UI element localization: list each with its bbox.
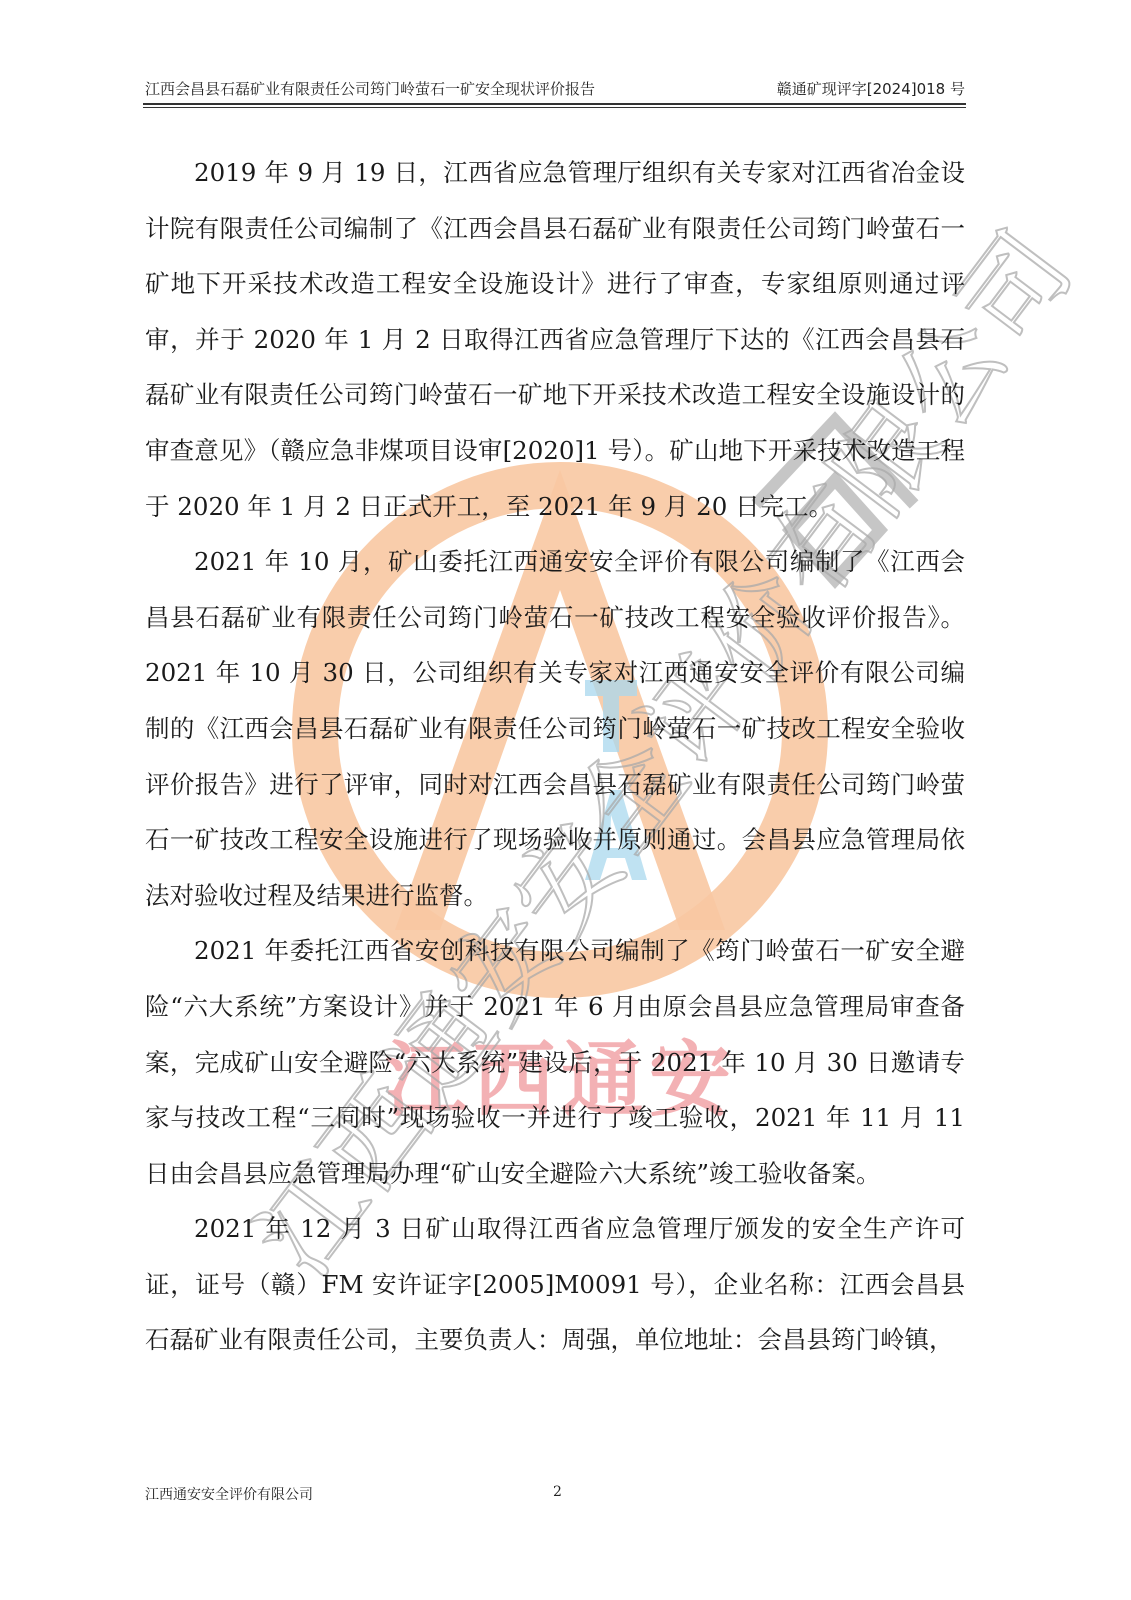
document-page: 江西会昌县石磊矿业有限责任公司筠门岭萤石一矿安全现状评价报告 赣通矿现评字[20…	[0, 0, 1131, 1600]
page-number: 2	[553, 1484, 562, 1500]
paragraph: 2021 年委托江西省安创科技有限公司编制了《筠门岭萤石一矿安全避险“六大系统”…	[145, 923, 965, 1201]
footer-company: 江西通安安全评价有限公司	[145, 1484, 313, 1504]
paragraph: 2019 年 9 月 19 日，江西省应急管理厅组织有关专家对江西省冶金设计院有…	[145, 145, 965, 534]
document-body: 2019 年 9 月 19 日，江西省应急管理厅组织有关专家对江西省冶金设计院有…	[145, 145, 965, 1368]
page-header: 江西会昌县石磊矿业有限责任公司筠门岭萤石一矿安全现状评价报告 赣通矿现评字[20…	[145, 78, 965, 104]
paragraph: 2021 年 12 月 3 日矿山取得江西省应急管理厅颁发的安全生产许可证，证号…	[145, 1201, 965, 1368]
header-doc-number: 赣通矿现评字[2024]018 号	[777, 78, 965, 99]
header-divider	[143, 103, 966, 108]
header-title: 江西会昌县石磊矿业有限责任公司筠门岭萤石一矿安全现状评价报告	[145, 78, 595, 99]
paragraph: 2021 年 10 月，矿山委托江西通安安全评价有限公司编制了《江西会昌县石磊矿…	[145, 534, 965, 923]
page-footer: 江西通安安全评价有限公司 2	[145, 1484, 965, 1508]
